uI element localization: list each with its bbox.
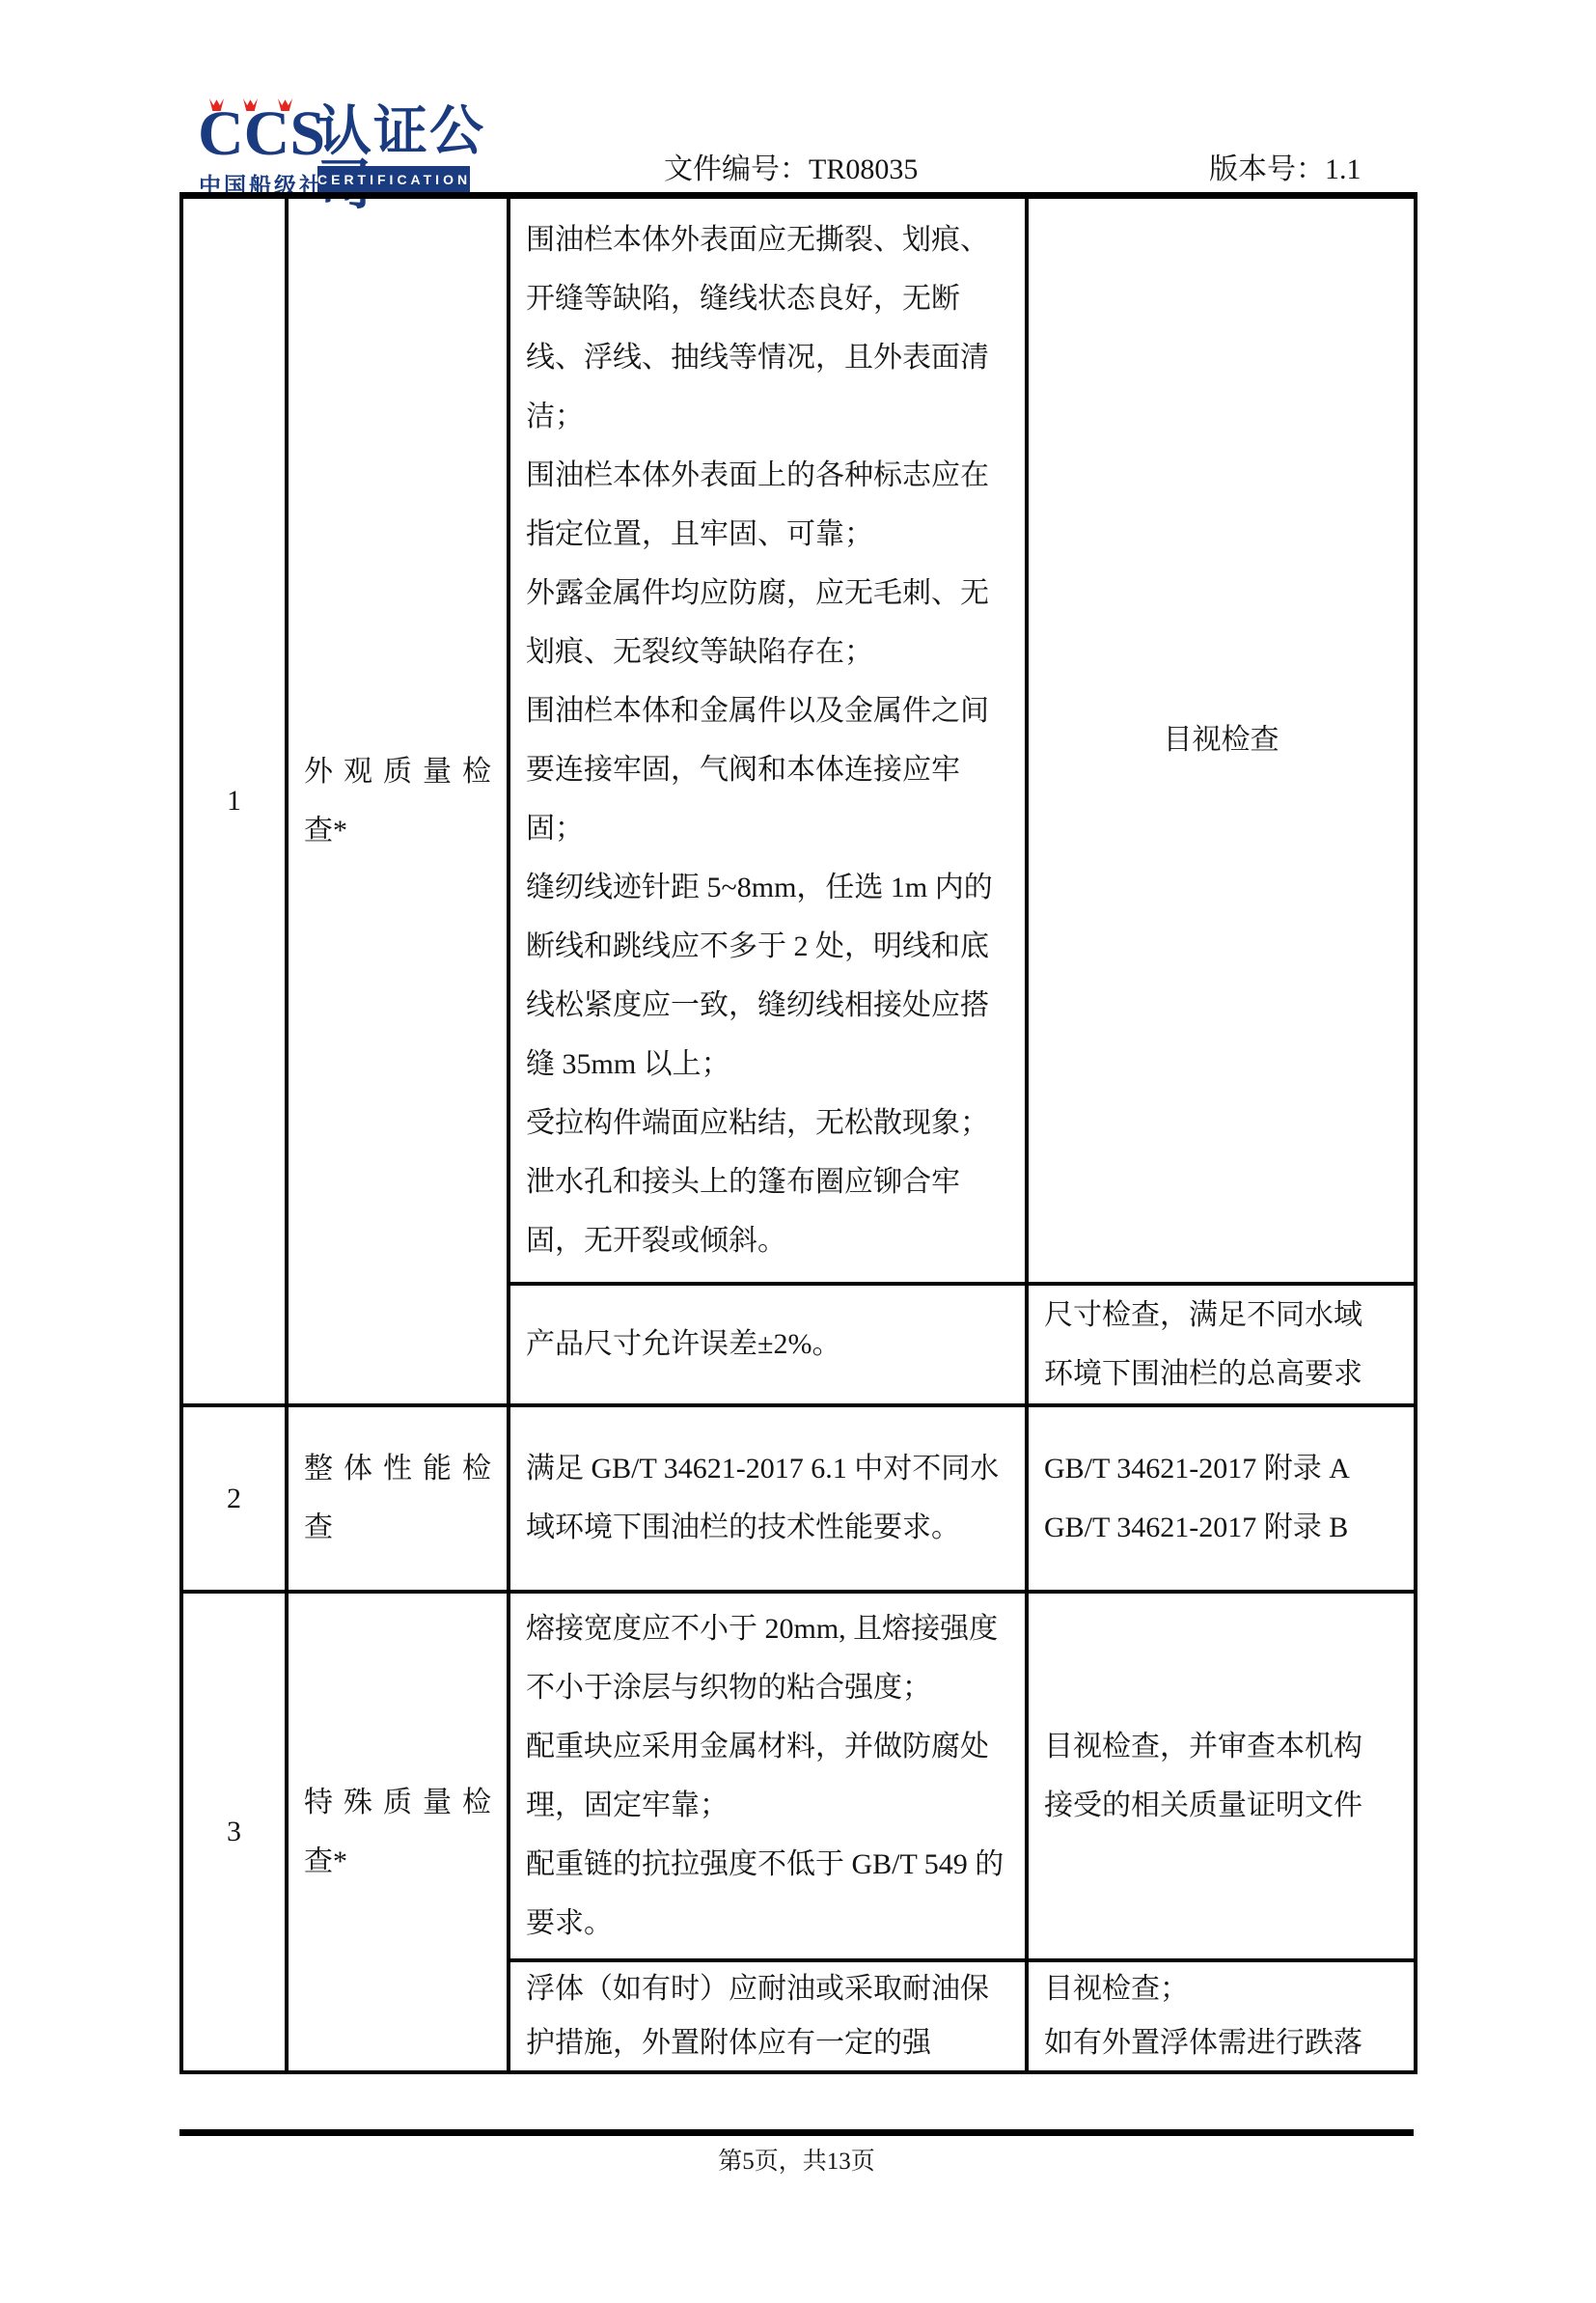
requirement-paragraph: 浮体（如有时）应耐油或采取耐油保护措施，外置附体应有一定的强 [526,1962,1009,2070]
row3-item-cell: 特殊质量检 查* [287,1592,509,2072]
requirement-paragraph: 外露金属件均应防腐，应无毛刺、无划痕、无裂纹等缺陷存在； [526,564,1009,681]
row1-item-cell: 外观质量检 查* [287,196,509,1405]
row1a-requirement-cell: 围油栏本体外表面应无撕裂、划痕、开缝等缺陷，缝线状态良好，无断线、浮线、抽线等情… [509,196,1027,1284]
ccs-logo: CCS 认证公司 中国船级社 CERTIFICATION [198,108,516,200]
requirement-paragraph: 泄水孔和接头上的篷布圈应铆合牢固，无开裂或倾斜。 [526,1152,1009,1270]
requirement-paragraph: 产品尺寸允许误差±2%。 [526,1315,1009,1373]
method-line: 如有外置浮体需进行跌落 [1044,2016,1398,2070]
method-line: GB/T 34621-2017 附录 A [1044,1439,1398,1498]
table-row: 2 整体性能检 查 满足 GB/T 34621-2017 6.1 中对不同水域环… [181,1405,1416,1592]
method-line: 接受的相关质量证明文件 [1044,1776,1398,1835]
requirement-paragraph: 配重块应采用金属材料，并做防腐处理，固定牢靠； [526,1717,1009,1835]
method-line: 目视检查； [1044,1962,1398,2016]
row2-method-cell: GB/T 34621-2017 附录 A GB/T 34621-2017 附录 … [1027,1405,1416,1592]
method-line: 目视检查 [1044,710,1398,769]
document-page: { "header": { "logo": { "ccs": "CCS", "c… [0,0,1596,2303]
row1b-requirement-cell: 产品尺寸允许误差±2%。 [509,1284,1027,1405]
row1-number-cell: 1 [181,196,287,1405]
ccs-logo-text: CCS [198,102,325,166]
inspection-table: 1 外观质量检 查* 围油栏本体外表面应无撕裂、划痕、开缝等缺陷，缝线状态良好，… [179,192,1417,2074]
requirement-paragraph: 围油栏本体和金属件以及金属件之间要连接牢固，气阀和本体连接应牢固； [526,681,1009,858]
footer-divider [179,2129,1414,2136]
row3-number-cell: 3 [181,1592,287,2072]
item-label-line: 外观质量检 [304,742,491,801]
item-label-line: 查* [304,1832,491,1891]
doc-number-field: 文件编号：TR08035 [664,145,1016,195]
requirement-paragraph: 满足 GB/T 34621-2017 6.1 中对不同水域环境下围油栏的技术性能… [526,1439,1009,1557]
row3b-method-cell: 目视检查； 如有外置浮体需进行跌落 [1027,1960,1416,2072]
requirement-paragraph: 受拉构件端面应粘结，无松散现象； [526,1094,1009,1152]
row3a-method-cell: 目视检查，并审查本机构 接受的相关质量证明文件 [1027,1592,1416,1960]
item-label-line: 查 [304,1498,491,1557]
requirement-paragraph: 熔接宽度应不小于 20mm, 且熔接强度不小于涂层与织物的粘合强度； [526,1599,1009,1717]
method-line: GB/T 34621-2017 附录 B [1044,1498,1398,1557]
page-number: 第5页，共13页 [179,2142,1414,2177]
requirement-paragraph: 配重链的抗拉强度不低于 GB/T 549 的要求。 [526,1835,1009,1953]
version-field: 版本号：1.1 [1209,145,1367,195]
item-label-line: 特殊质量检 [304,1773,491,1832]
logo-certification-badge: CERTIFICATION [317,166,470,193]
item-label-line: 查* [304,801,491,860]
row2-number-cell: 2 [181,1405,287,1592]
requirement-paragraph: 缝纫线迹针距 5~8mm，任选 1m 内的断线和跳线应不多于 2 处，明线和底线… [526,858,1009,1094]
row2-requirement-cell: 满足 GB/T 34621-2017 6.1 中对不同水域环境下围油栏的技术性能… [509,1405,1027,1592]
row2-item-cell: 整体性能检 查 [287,1405,509,1592]
requirement-paragraph: 围油栏本体外表面上的各种标志应在指定位置，且牢固、可靠； [526,446,1009,564]
item-label-line: 整体性能检 [304,1439,491,1498]
row3b-requirement-cell: 浮体（如有时）应耐油或采取耐油保护措施，外置附体应有一定的强 [509,1960,1027,2072]
requirement-paragraph: 围油栏本体外表面应无撕裂、划痕、开缝等缺陷，缝线状态良好，无断线、浮线、抽线等情… [526,210,1009,446]
table-row: 3 特殊质量检 查* 熔接宽度应不小于 20mm, 且熔接强度不小于涂层与织物的… [181,1592,1416,1960]
row1b-method-cell: 尺寸检查，满足不同水域 环境下围油栏的总高要求 [1027,1284,1416,1405]
row3a-requirement-cell: 熔接宽度应不小于 20mm, 且熔接强度不小于涂层与织物的粘合强度； 配重块应采… [509,1592,1027,1960]
method-line: 环境下围油栏的总高要求 [1044,1345,1398,1403]
table-row: 1 外观质量检 查* 围油栏本体外表面应无撕裂、划痕、开缝等缺陷，缝线状态良好，… [181,196,1416,1284]
row1a-method-cell: 目视检查 [1027,196,1416,1284]
method-line: 目视检查，并审查本机构 [1044,1717,1398,1776]
method-line: 尺寸检查，满足不同水域 [1044,1286,1398,1345]
